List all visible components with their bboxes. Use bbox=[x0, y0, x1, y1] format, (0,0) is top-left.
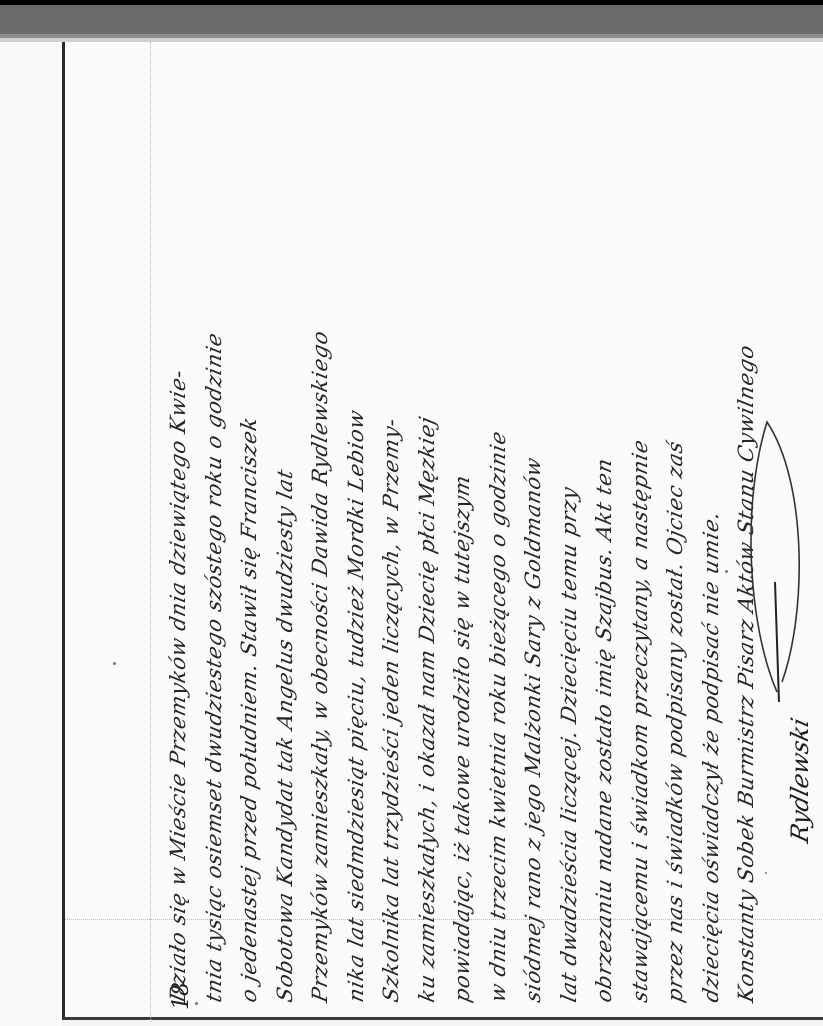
text-line: siódmej rano z jego Malżonki Sary z Gold… bbox=[516, 88, 552, 1006]
ink-speck bbox=[765, 872, 767, 874]
text-line: lat dwadzieścia liczącej. Dziecięciu tem… bbox=[552, 88, 588, 1006]
text-line: dziecięcia oświadczył że podpisać nie um… bbox=[694, 88, 730, 1006]
text-line: przez nas i świadków podpisany został. O… bbox=[658, 88, 694, 1006]
text-line: ku zamieszkałych, i okazał nam Dziecię p… bbox=[410, 88, 446, 1006]
signature-witness-1: Rydlewski bbox=[783, 647, 817, 846]
signatures-block: Rydlewski Mordka Lebiow bbox=[783, 651, 823, 842]
ink-speck bbox=[113, 662, 116, 665]
text-line: tnia tysiąc osiemset dwudziestego szóste… bbox=[197, 88, 233, 1006]
scan-left-margin bbox=[0, 42, 62, 1026]
text-line: Sobotowa Kandydat tak Angelus dwudziesty… bbox=[268, 88, 304, 1006]
text-line: obrzezaniu nadane zostało imię Szajbus. … bbox=[587, 88, 623, 1006]
registry-page: 18 Działo się w Mieście Przemyków dnia d… bbox=[62, 42, 823, 1020]
text-line: Szkolnika lat trzydzieści jeden liczącyc… bbox=[374, 88, 410, 1006]
text-line: powiadając, iż takowe urodziło się w tut… bbox=[445, 88, 481, 1006]
scan-dark-edge bbox=[0, 0, 823, 42]
text-line: Przemyków zamieszkały, w obecności Dawid… bbox=[303, 88, 339, 1006]
margin-rule-vertical bbox=[150, 42, 152, 1022]
rotated-entry-text: 18 Działo się w Mieście Przemyków dnia d… bbox=[161, 92, 765, 1002]
signature-witness-2: Mordka Lebiow bbox=[817, 647, 823, 846]
text-line: o jedenastej przed południem. Stawił się… bbox=[232, 88, 268, 1006]
text-line: nika lat siedmdziesiąt pięciu, tudzież M… bbox=[339, 88, 375, 1006]
text-line: stawającemu i świadkom przeczytany, a na… bbox=[623, 88, 659, 1006]
text-line: Działo się w Mieście Przemyków dnia dzie… bbox=[161, 88, 197, 1006]
text-line: w dniu trzecim kwietnia roku bieżącego o… bbox=[481, 88, 517, 1006]
